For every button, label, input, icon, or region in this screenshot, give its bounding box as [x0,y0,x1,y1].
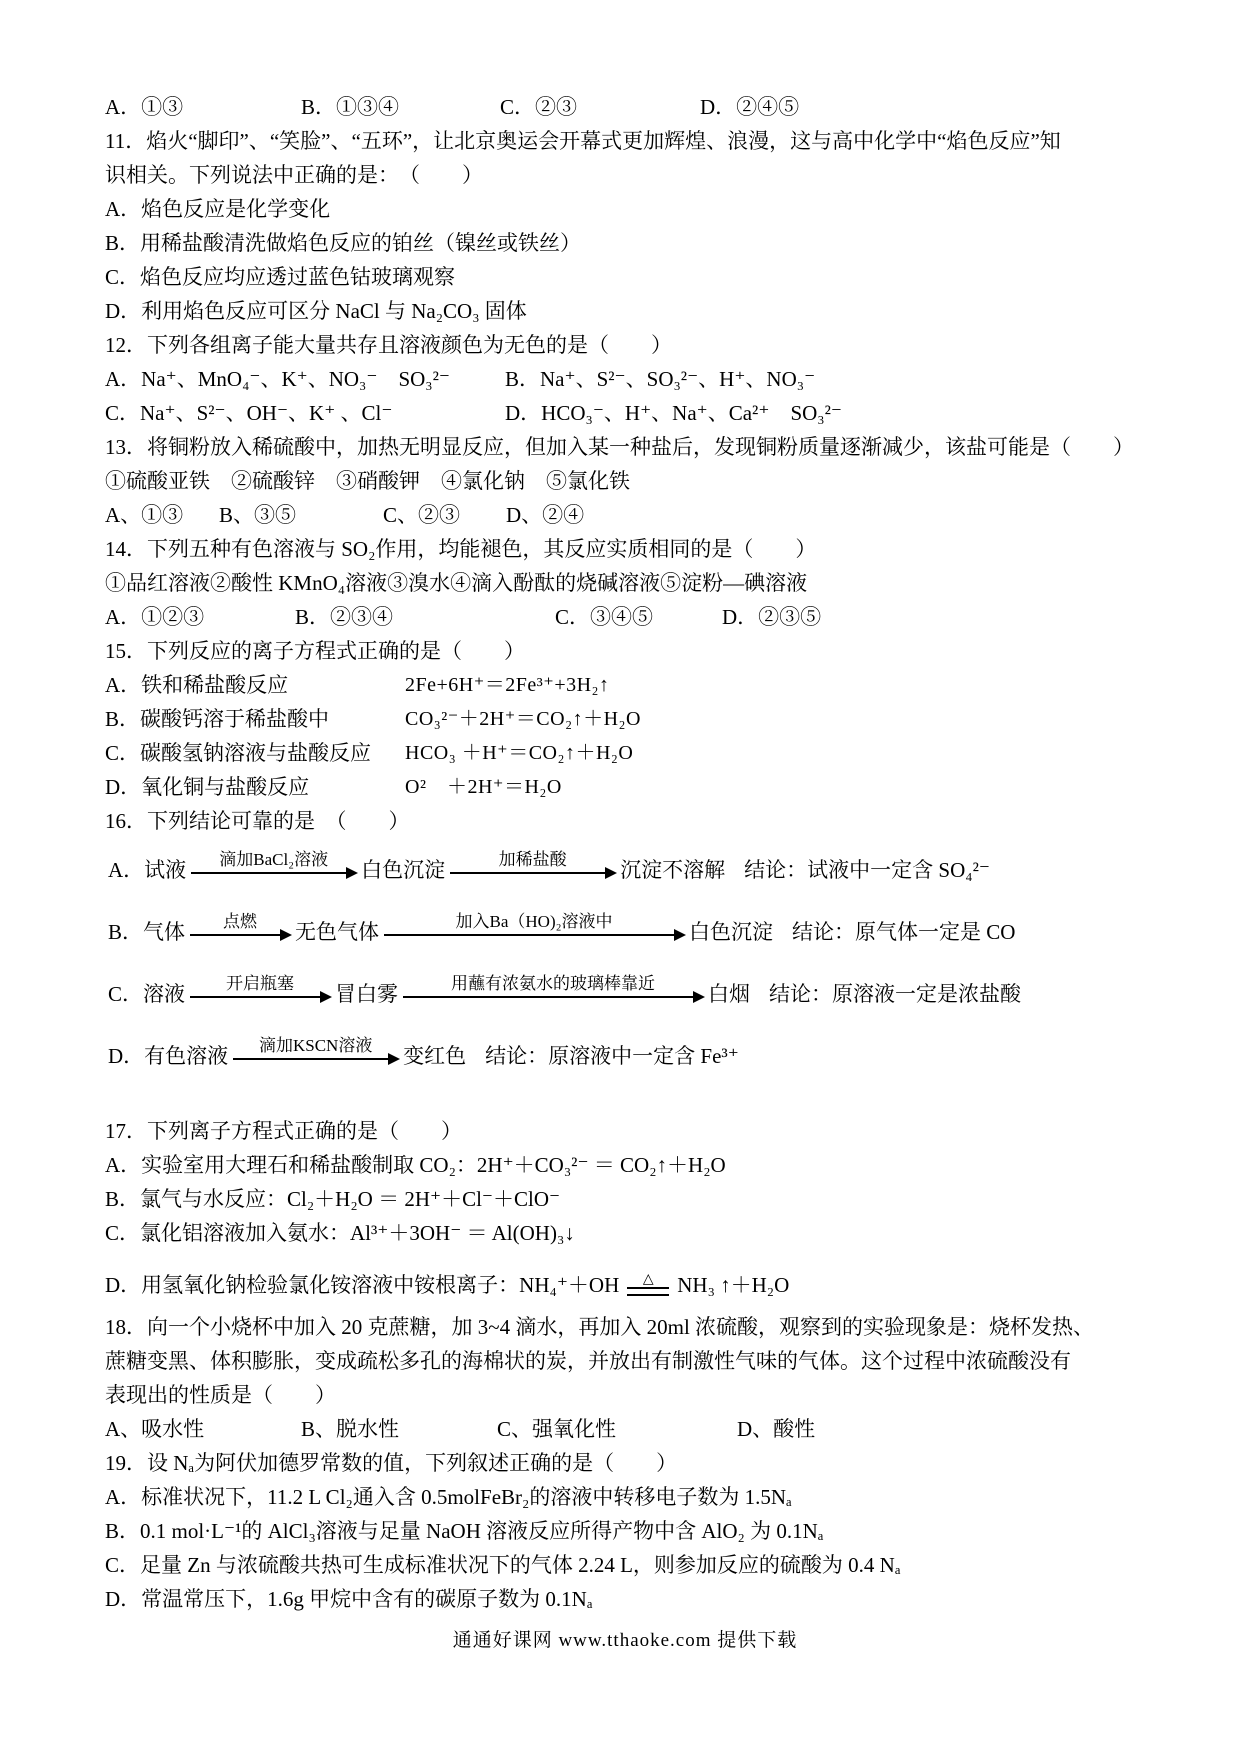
flow-result: 变红色 [403,1044,466,1068]
reaction-arrow: 滴加KSCN溶液 [233,1036,398,1060]
exam-page: A．①③ B．①③④ C．②③ D．②④⑤ 11．焰火“脚印”、“笑脸”、“五环… [0,0,1240,1754]
question-14-stem: 14．下列五种有色溶液与 SO₂作用，均能褪色，其反应实质相同的是（ ） [105,532,1145,566]
arrow-condition: 滴加BaCl₂溶液 [205,850,342,870]
question-19-stem: 19．设 Nₐ为阿伏加德罗常数的值，下列叙述正确的是（ ） [105,1446,1145,1480]
option-c: C、强氧化性 [497,1412,737,1446]
flow-node: 白色沉淀 [361,858,445,882]
reaction-description: D．氧化铜与盐酸反应 [105,770,405,804]
question-11-option-b: B．用稀盐酸清洗做焰色反应的铂丝（镍丝或铁丝） [105,226,1145,260]
option-a: A．①②③ [105,600,295,634]
reaction-description: A．铁和稀盐酸反应 [105,668,405,702]
ionic-equation: 2Fe+6H⁺＝2Fe³⁺+3H₂↑ [405,668,610,702]
question-11-stem-line2: 识相关。下列说法中正确的是： （ ） [105,158,1145,192]
reaction-description: B．碳酸钙溶于稀盐酸中 [105,702,405,736]
flow-start: D．有色溶液 [108,1044,228,1068]
arrow-condition: 滴加KSCN溶液 [245,1036,386,1056]
option-d: D、②④ [506,498,584,532]
flow-conclusion: 结论：试液中一定含 SO₄²⁻ [744,858,990,882]
question-11-stem-line1: 11．焰火“脚印”、“笑脸”、“五环”，让北京奥运会开幕式更加辉煌、浪漫，这与高… [105,124,1145,158]
triangle-icon: △ [643,1273,654,1287]
question-17-option-b: B．氯气与水反应：Cl₂＋H₂O ＝ 2H⁺＋Cl⁻＋ClO⁻ [105,1182,1145,1216]
flow-result: 白色沉淀 [689,920,773,944]
arrow-line-icon [190,996,330,998]
option-d-text-before: D．用氢氧化钠检验氯化铵溶液中铵根离子：NH₄⁺＋OH [105,1269,619,1299]
option-d-text-after: NH₃ ↑＋H₂O [677,1269,789,1299]
arrow-condition: 加入Ba（HO)₂溶液中 [442,912,627,932]
option-c: C．Na⁺、S²⁻、OH⁻、K⁺ 、Cl⁻ [105,396,505,430]
arrow-condition: 加稀盐酸 [485,850,581,870]
ionic-equation: HCO₃ ＋H⁺＝CO₂↑＋H₂O [405,736,633,770]
option-a: A、吸水性 [105,1412,301,1446]
arrow-condition: 点燃 [209,912,271,932]
flow-start: C．溶液 [108,982,185,1006]
question-15-option-a: A．铁和稀盐酸反应 2Fe+6H⁺＝2Fe³⁺+3H₂↑ [105,668,1145,702]
question-17-option-c: C．氯化铝溶液加入氨水：Al³⁺＋3OH⁻ ＝ Al(OH)₃↓ [105,1216,1145,1250]
option-b: B、脱水性 [301,1412,497,1446]
arrow-line-icon [233,1058,398,1060]
question-17-stem: 17．下列离子方程式正确的是（ ） [105,1114,1145,1148]
option-b: B．②③④ [295,600,555,634]
question-17-option-d: D．用氢氧化钠检验氯化铵溶液中铵根离子：NH₄⁺＋OH △ NH₃ ↑＋H₂O [105,1258,1145,1310]
double-bar-icon [627,1287,669,1296]
question-11-option-d: D．利用焰色反应可区分 NaCl 与 Na₂CO₃ 固体 [105,294,1145,328]
option-b: B、③⑤ [219,498,383,532]
option-d: D．②④⑤ [700,90,799,124]
reaction-arrow: 用蘸有浓氨水的玻璃棒靠近 [403,974,703,998]
option-d: D．HCO₃⁻、H⁺、Na⁺、Ca²⁺ SO₃²⁻ [505,396,842,430]
question-16-stem: 16．下列结论可靠的是 （ ） [105,804,1145,838]
question-15-option-d: D．氧化铜与盐酸反应 O² ＋2H⁺＝H₂O [105,770,1145,804]
question-14-items: ①品红溶液②酸性 KMnO₄溶液③溴水④滴入酚酞的烧碱溶液⑤淀粉—碘溶液 [105,566,1145,600]
question-15-option-b: B．碳酸钙溶于稀盐酸中 CO₃²⁻＋2H⁺＝CO₂↑＋H₂O [105,702,1145,736]
question-18-stem-line1: 18．向一个小烧杯中加入 20 克蔗糖，加 3~4 滴水，再加入 20ml 浓硫… [105,1310,1145,1344]
arrow-line-icon [403,996,703,998]
flow-node: 冒白雾 [335,982,398,1006]
question-17-option-a: A．实验室用大理石和稀盐酸制取 CO₂：2H⁺＋CO₃²⁻ ＝ CO₂↑＋H₂O [105,1148,1145,1182]
question-13-items: ①硫酸亚铁 ②硫酸锌 ③硝酸钾 ④氯化钠 ⑤氯化铁 [105,464,1145,498]
reaction-description: C．碳酸氢钠溶液与盐酸反应 [105,736,405,770]
option-b: B．①③④ [301,90,500,124]
question-19-option-a: A．标准状况下，11.2 L Cl₂通入含 0.5molFeBr₂的溶液中转移电… [105,1480,1145,1514]
option-c: C、②③ [383,498,506,532]
question-18-stem-line2: 蔗糖变黑、体积膨胀，变成疏松多孔的海棉状的炭，并放出有制激性气味的气体。这个过程… [105,1344,1145,1378]
question-13-options-row: A、①③ B、③⑤ C、②③ D、②④ [105,498,1145,532]
ionic-equation: CO₃²⁻＋2H⁺＝CO₂↑＋H₂O [405,702,641,736]
reaction-arrow: 点燃 [190,912,290,936]
option-c: C．②③ [500,90,700,124]
arrow-line-icon [384,934,684,936]
flow-node: 无色气体 [295,920,379,944]
question-16-flow-c: C．溶液 开启瓶塞 冒白雾 用蘸有浓氨水的玻璃棒靠近 白烟 结论：原溶液一定是浓… [105,974,1145,1006]
option-a: A、①③ [105,498,219,532]
reaction-arrow: 滴加BaCl₂溶液 [191,850,356,874]
prev-question-options-row: A．①③ B．①③④ C．②③ D．②④⑤ [105,90,1145,124]
question-19-option-b: B．0.1 mol·L⁻¹的 AlCl₃溶液与足量 NaOH 溶液反应所得产物中… [105,1514,1145,1548]
delta-equals-icon: △ [627,1273,669,1296]
question-11-option-a: A．焰色反应是化学变化 [105,192,1145,226]
question-18-stem-line3: 表现出的性质是（ ） [105,1378,1145,1412]
option-b: B．Na⁺、S²⁻、SO₃²⁻、H⁺、NO₃⁻ [505,362,815,396]
arrow-condition: 用蘸有浓氨水的玻璃棒靠近 [437,974,669,994]
arrow-condition: 开启瓶塞 [212,974,308,994]
ionic-equation: O² ＋2H⁺＝H₂O [405,770,562,804]
flow-conclusion: 结论：原溶液中一定含 Fe³⁺ [485,1044,739,1068]
reaction-arrow: 加稀盐酸 [450,850,615,874]
option-a: A．①③ [105,90,301,124]
flow-result: 白烟 [708,982,750,1006]
arrow-line-icon [450,872,615,874]
reaction-arrow: 加入Ba（HO)₂溶液中 [384,912,684,936]
reaction-arrow: 开启瓶塞 [190,974,330,998]
arrow-line-icon [190,934,290,936]
question-16-flow-a: A．试液 滴加BaCl₂溶液 白色沉淀 加稀盐酸 沉淀不溶解 结论：试液中一定含… [105,850,1145,882]
question-15-option-c: C．碳酸氢钠溶液与盐酸反应 HCO₃ ＋H⁺＝CO₂↑＋H₂O [105,736,1145,770]
question-16-flow-d: D．有色溶液 滴加KSCN溶液 变红色 结论：原溶液中一定含 Fe³⁺ [105,1036,1145,1068]
question-16-flow-b: B．气体 点燃 无色气体 加入Ba（HO)₂溶液中 白色沉淀 结论：原气体一定是… [105,912,1145,944]
question-18-options-row: A、吸水性 B、脱水性 C、强氧化性 D、酸性 [105,1412,1145,1446]
question-13-stem: 13．将铜粉放入稀硫酸中，加热无明显反应，但加入某一种盐后，发现铜粉质量逐渐减少… [105,430,1145,464]
option-d: D．②③⑤ [722,600,821,634]
flow-start: B．气体 [108,920,185,944]
flow-result: 沉淀不溶解 [620,858,725,882]
flow-start: A．试液 [108,858,186,882]
question-12-options-row1: A．Na⁺、MnO₄⁻、K⁺、NO₃⁻ SO₃²⁻ B．Na⁺、S²⁻、SO₃²… [105,362,1145,396]
flow-conclusion: 结论：原溶液一定是浓盐酸 [769,982,1021,1006]
question-15-stem: 15．下列反应的离子方程式正确的是（ ） [105,634,1145,668]
option-d: D、酸性 [737,1412,815,1446]
page-footer: 通通好课网 www.tthaoke.com 提供下载 [105,1624,1145,1658]
question-11-option-c: C．焰色反应均应透过蓝色钴玻璃观察 [105,260,1145,294]
option-c: C．③④⑤ [555,600,722,634]
question-12-stem: 12．下列各组离子能大量共存且溶液颜色为无色的是（ ） [105,328,1145,362]
question-19-option-c: C．足量 Zn 与浓硫酸共热可生成标准状况下的气体 2.24 L，则参加反应的硫… [105,1548,1145,1582]
option-a: A．Na⁺、MnO₄⁻、K⁺、NO₃⁻ SO₃²⁻ [105,362,505,396]
question-14-options-row: A．①②③ B．②③④ C．③④⑤ D．②③⑤ [105,600,1145,634]
arrow-line-icon [191,872,356,874]
question-12-options-row2: C．Na⁺、S²⁻、OH⁻、K⁺ 、Cl⁻ D．HCO₃⁻、H⁺、Na⁺、Ca²… [105,396,1145,430]
question-19-option-d: D．常温常压下，1.6g 甲烷中含有的碳原子数为 0.1Nₐ [105,1582,1145,1616]
flow-conclusion: 结论：原气体一定是 CO [792,920,1015,944]
